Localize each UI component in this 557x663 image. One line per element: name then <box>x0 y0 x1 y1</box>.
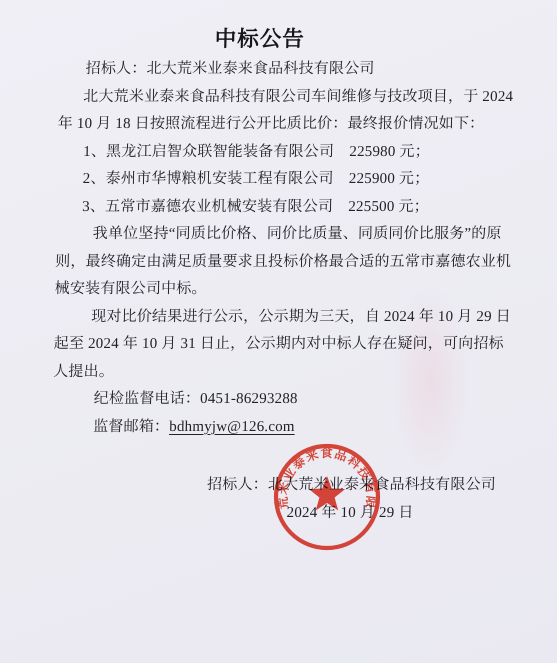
email-label: 监督邮箱： <box>93 419 169 435</box>
quote-item-3: 3、五常市嘉德农业机械安装有限公司 225500 元； <box>56 194 490 222</box>
publicity-line-1: 现对比价结果进行公示，公示期为三天，自 2024 年 10 月 29 日 <box>54 304 488 332</box>
principle-line-3: 械安装有限公司中标。 <box>54 276 488 304</box>
principle-line-2: 则，最终确定由满足质量要求且投标价格最合适的五常市嘉德农业机 <box>55 249 489 277</box>
quote-item-1: 1、黑龙江启智众联智能装备有限公司 225980 元； <box>57 139 491 167</box>
quote-item-2: 2、泰州市华博粮机安装工程有限公司 225900 元； <box>56 166 490 194</box>
company-seal-stamp: 北大荒米业泰来食品科技有限公司 <box>270 440 384 554</box>
phone-value: 0451-86293288 <box>200 391 298 407</box>
signature-date-line: 2024 年 10 月 29 日 <box>50 500 484 528</box>
scanned-document-page: 中标公告 招标人：北大荒米业泰来食品科技有限公司 北大荒米业泰来食品科技有限公司… <box>0 0 557 663</box>
project-intro-line-1: 北大荒米业泰来食品科技有限公司车间维修与技改项目，于 2024 <box>58 84 492 112</box>
principle-line-1: 我单位坚持“同质比价格、同价比质量、同质同价比服务”的原 <box>55 221 489 249</box>
spacer <box>51 441 485 472</box>
email-value: bdhmyjw@126.com <box>169 419 295 435</box>
bidder-line: 招标人：北大荒米业泰来食品科技有限公司 <box>58 56 492 84</box>
email-line: 监督邮箱：bdhmyjw@126.com <box>52 414 486 442</box>
publicity-line-3: 人提出。 <box>53 359 487 387</box>
signature-bidder-line: 招标人：北大荒米业泰来食品科技有限公司 <box>51 472 485 500</box>
publicity-line-2: 起至 2024 年 10 月 31 日止，公示期内对中标人存在疑问，可向招标 <box>53 331 487 359</box>
project-intro-line-2: 年 10 月 18 日按照流程进行公开比质比价：最终报价情况如下： <box>57 111 491 139</box>
phone-label: 纪检监督电话： <box>94 391 201 407</box>
seal-star-icon <box>309 476 345 510</box>
document-sheet: 中标公告 招标人：北大荒米业泰来食品科技有限公司 北大荒米业泰来食品科技有限公司… <box>0 0 557 663</box>
phone-line: 纪检监督电话：0451-86293288 <box>52 386 486 414</box>
page-title: 中标公告 <box>43 24 477 54</box>
